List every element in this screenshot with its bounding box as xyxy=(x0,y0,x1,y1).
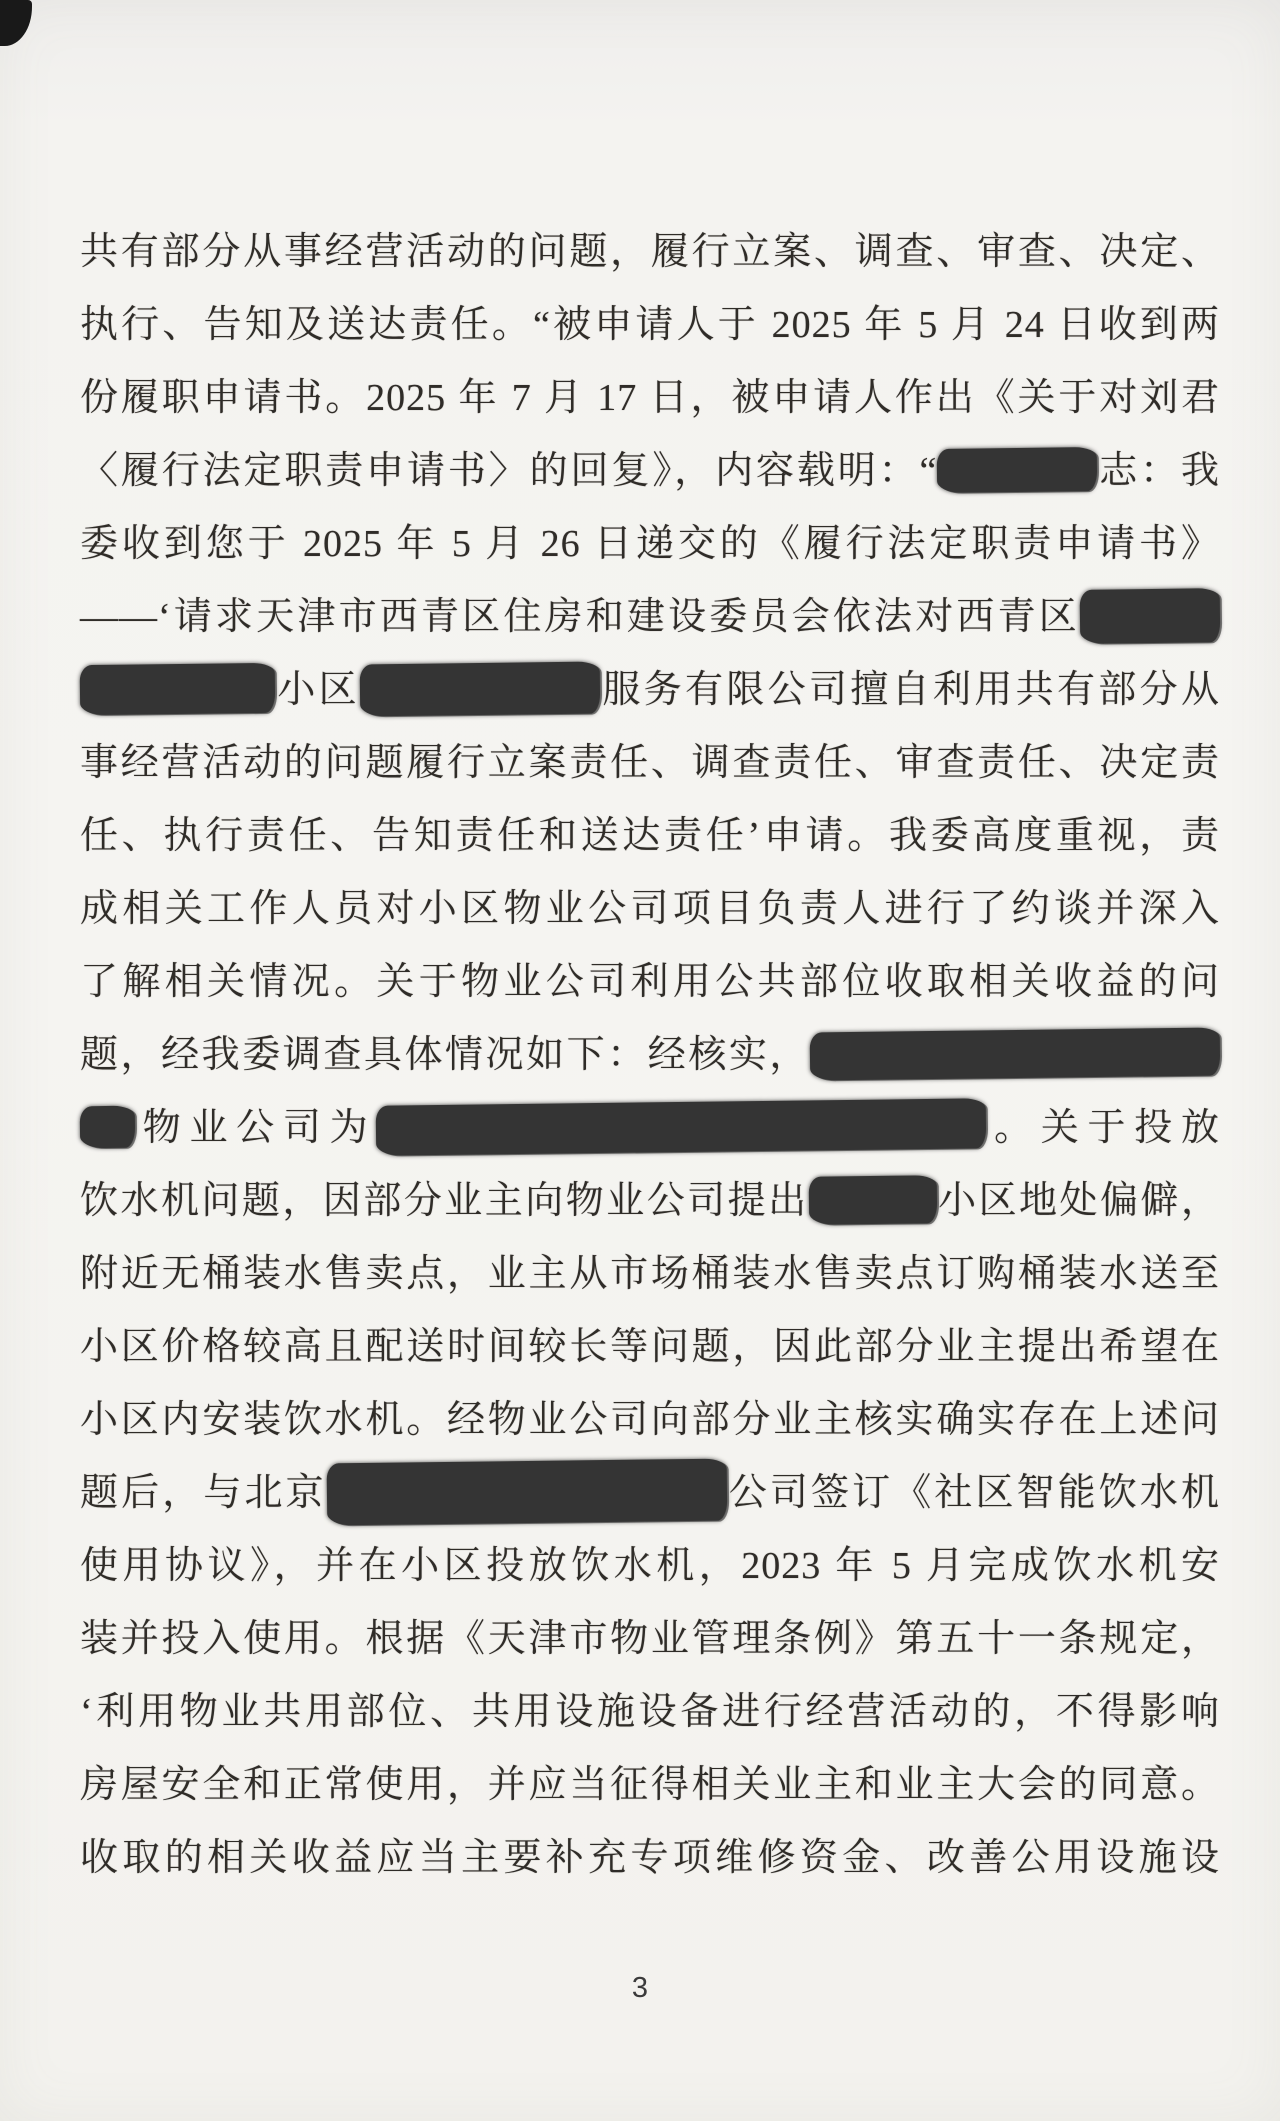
line-text: 份履职申请书。2025 年 7 月 17 日，被申请人作出《关于对刘君 xyxy=(80,377,1220,419)
line-text: 附近无桶装水售卖点，业主从市场桶装水售卖点订购桶装水送至 xyxy=(80,1253,1220,1295)
line-text: ——‘请求天津市西青区住房和建设委员会依法对西青区 xyxy=(80,596,1080,638)
line-text: 收取的相关收益应当主要补充专项维修资金、改善公用设施设 xyxy=(80,1837,1220,1879)
redaction-bar xyxy=(326,1459,727,1526)
line-text: 小区内安装饮水机。经物业公司向部分业主核实确实存在上述问 xyxy=(80,1399,1220,1441)
document-line: 饮水机问题，因部分业主向物业公司提出小区地处偏僻， xyxy=(80,1165,1220,1238)
document-line: 共有部分从事经营活动的问题，履行立案、调查、审查、决定、 xyxy=(80,216,1220,289)
document-line: 小区服务有限公司擅自利用共有部分从 xyxy=(80,654,1220,727)
document-line: 题后，与北京公司签订《社区智能饮水机 xyxy=(80,1457,1220,1530)
document-line: 成相关工作人员对小区物业公司项目负责人进行了约谈并深入 xyxy=(80,873,1220,946)
document-line: 收取的相关收益应当主要补充专项维修资金、改善公用设施设 xyxy=(80,1822,1220,1895)
line-text: 题，经我委调查具体情况如下：经核实， xyxy=(80,1034,810,1076)
line-text: 小区价格较高且配送时间较长等问题，因此部分业主提出希望在 xyxy=(80,1326,1220,1368)
document-line: 使用协议》，并在小区投放饮水机，2023 年 5 月完成饮水机安 xyxy=(80,1530,1220,1603)
document-line: 任、执行责任、告知责任和送达责任’申请。我委高度重视，责 xyxy=(80,800,1220,873)
document-line: 了解相关情况。关于物业公司利用公共部位收取相关收益的问 xyxy=(80,946,1220,1019)
line-text: 题后，与北京 xyxy=(80,1472,327,1514)
line-text: 装并投入使用。根据《天津市物业管理条例》第五十一条规定， xyxy=(80,1618,1220,1660)
redaction-bar xyxy=(80,1106,136,1149)
line-text: 小区地处偏僻， xyxy=(937,1180,1220,1222)
document-line: 附近无桶装水售卖点，业主从市场桶装水售卖点订购桶装水送至 xyxy=(80,1238,1220,1311)
line-text: 房屋安全和正常使用，并应当征得相关业主和业主大会的同意。 xyxy=(80,1764,1220,1806)
document-line: 委收到您于 2025 年 5 月 26 日递交的《履行法定职责申请书》 xyxy=(80,508,1220,581)
document-line: 事经营活动的问题履行立案责任、调查责任、审查责任、决定责 xyxy=(80,727,1220,800)
scan-corner-artifact xyxy=(0,0,32,46)
line-text: 。关于投放 xyxy=(986,1107,1220,1149)
document-line: 小区内安装饮水机。经物业公司向部分业主核实确实存在上述问 xyxy=(80,1384,1220,1457)
page-number: 3 xyxy=(0,1972,1280,2005)
redaction-bar xyxy=(1080,588,1221,644)
redaction-bar xyxy=(80,663,276,715)
line-text: 小区 xyxy=(275,669,360,711)
line-text: 〈履行法定职责申请书〉的回复》，内容载明：“ xyxy=(80,450,937,492)
line-text: 事经营活动的问题履行立案责任、调查责任、审查责任、决定责 xyxy=(80,742,1220,784)
line-text: 了解相关情况。关于物业公司利用公共部位收取相关收益的问 xyxy=(80,961,1220,1003)
line-text: ‘利用物业共用部位、共用设施设备进行经营活动的，不得影响 xyxy=(80,1691,1220,1733)
line-text: 公司签订《社区智能饮水机 xyxy=(727,1472,1220,1514)
line-text: 委收到您于 2025 年 5 月 26 日递交的《履行法定职责申请书》 xyxy=(80,523,1220,565)
document-line: ‘利用物业共用部位、共用设施设备进行经营活动的，不得影响 xyxy=(80,1676,1220,1749)
line-text: 服务有限公司擅自利用共有部分从 xyxy=(600,669,1220,711)
redaction-bar xyxy=(376,1099,987,1156)
redaction-bar xyxy=(808,1176,937,1226)
line-text: 志：我 xyxy=(1097,450,1220,492)
document-line: 执行、告知及送达责任。“被申请人于 2025 年 5 月 24 日收到两 xyxy=(80,289,1220,362)
document-line: 装并投入使用。根据《天津市物业管理条例》第五十一条规定， xyxy=(80,1603,1220,1676)
line-text: 使用协议》，并在小区投放饮水机，2023 年 5 月完成饮水机安 xyxy=(80,1545,1220,1587)
document-line: 题，经我委调查具体情况如下：经核实， xyxy=(80,1019,1220,1092)
document-line: 〈履行法定职责申请书〉的回复》，内容载明：“志：我 xyxy=(80,435,1220,508)
document-line: 房屋安全和正常使用，并应当征得相关业主和业主大会的同意。 xyxy=(80,1749,1220,1822)
line-text: 共有部分从事经营活动的问题，履行立案、调查、审查、决定、 xyxy=(80,231,1220,273)
document-line: 小区价格较高且配送时间较长等问题，因此部分业主提出希望在 xyxy=(80,1311,1220,1384)
text-block: 共有部分从事经营活动的问题，履行立案、调查、审查、决定、执行、告知及送达责任。“… xyxy=(80,216,1220,1895)
line-text: 物业公司为 xyxy=(135,1107,376,1149)
scanned-document-page: 共有部分从事经营活动的问题，履行立案、调查、审查、决定、执行、告知及送达责任。“… xyxy=(0,0,1280,2121)
redaction-bar xyxy=(937,447,1098,493)
redaction-bar xyxy=(360,662,601,717)
document-line: 物业公司为。关于投放 xyxy=(80,1092,1220,1165)
document-line: ——‘请求天津市西青区住房和建设委员会依法对西青区 xyxy=(80,581,1220,654)
line-text: 执行、告知及送达责任。“被申请人于 2025 年 5 月 24 日收到两 xyxy=(80,304,1220,346)
line-text: 饮水机问题，因部分业主向物业公司提出 xyxy=(80,1180,809,1222)
line-text: 成相关工作人员对小区物业公司项目负责人进行了约谈并深入 xyxy=(80,888,1220,930)
line-text: 任、执行责任、告知责任和送达责任’申请。我委高度重视，责 xyxy=(80,815,1220,857)
redaction-bar xyxy=(810,1028,1221,1081)
document-line: 份履职申请书。2025 年 7 月 17 日，被申请人作出《关于对刘君 xyxy=(80,362,1220,435)
